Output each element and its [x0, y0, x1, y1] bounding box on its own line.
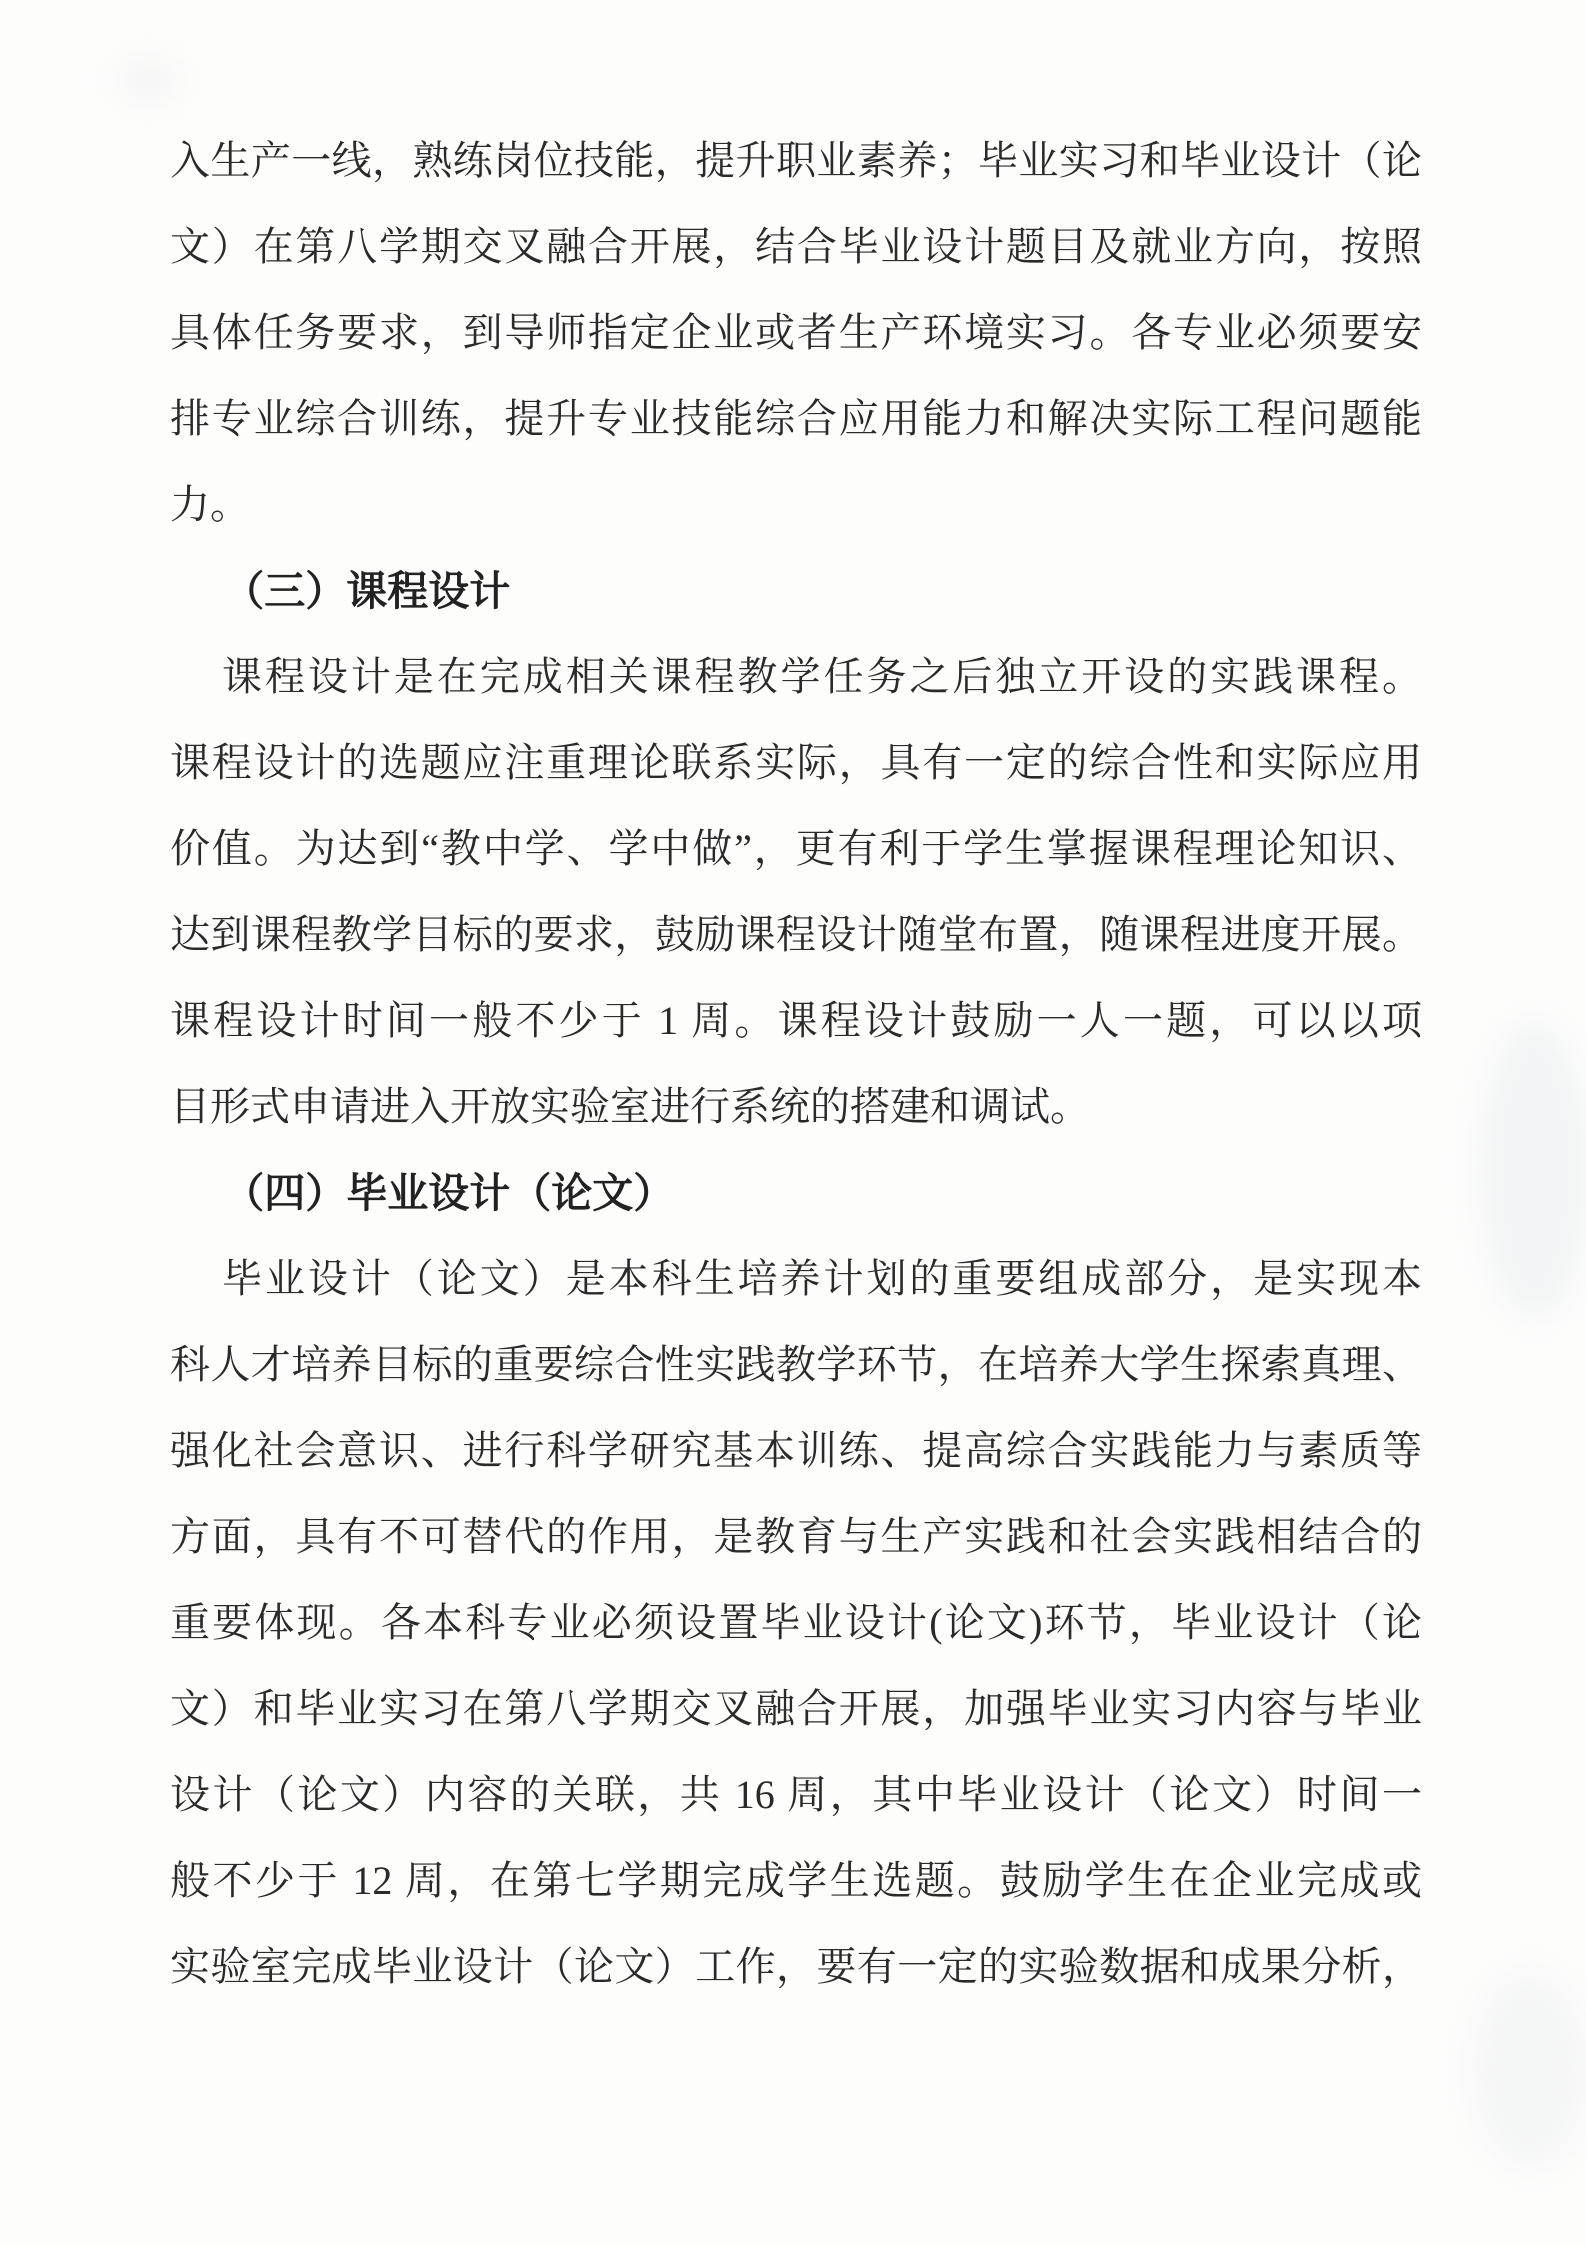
- text-block: 入生产一线，熟练岗位技能，提升职业素养；毕业实习和毕业设计（论文）在第八学期交叉…: [170, 118, 1422, 2010]
- scan-smudge: [120, 60, 180, 100]
- text-line: 方面，具有不可替代的作用，是教育与生产实践和社会实践相结合的: [170, 1494, 1422, 1580]
- text-line: 强化社会意识、进行科学研究基本训练、提高综合实践能力与素质等: [170, 1408, 1422, 1494]
- text-line: 入生产一线，熟练岗位技能，提升职业素养；毕业实习和毕业设计（论: [170, 118, 1422, 204]
- scan-smudge: [1480, 1020, 1586, 1320]
- section-heading: （三）课程设计: [170, 548, 1422, 634]
- text-line: 达到课程教学目标的要求，鼓励课程设计随堂布置，随课程进度开展。: [170, 892, 1422, 978]
- text-line: 课程设计的选题应注重理论联系实际，具有一定的综合性和实际应用: [170, 720, 1422, 806]
- text-line: 力。: [170, 462, 1422, 548]
- text-line: 具体任务要求，到导师指定企业或者生产环境实习。各专业必须要安: [170, 290, 1422, 376]
- text-line: 目形式申请进入开放实验室进行系统的搭建和调试。: [170, 1064, 1422, 1150]
- text-line: 文）在第八学期交叉融合开展，结合毕业设计题目及就业方向，按照: [170, 204, 1422, 290]
- text-line: 般不少于 12 周，在第七学期完成学生选题。鼓励学生在企业完成或: [170, 1838, 1422, 1924]
- text-line: 课程设计是在完成相关课程教学任务之后独立开设的实践课程。: [170, 634, 1422, 720]
- text-line: 设计（论文）内容的关联，共 16 周，其中毕业设计（论文）时间一: [170, 1752, 1422, 1838]
- text-line: 科人才培养目标的重要综合性实践教学环节，在培养大学生探索真理、: [170, 1322, 1422, 1408]
- text-line: 价值。为达到“教中学、学中做”，更有利于学生掌握课程理论知识、: [170, 806, 1422, 892]
- text-line: 课程设计时间一般不少于 1 周。课程设计鼓励一人一题，可以以项: [170, 978, 1422, 1064]
- text-line: 实验室完成毕业设计（论文）工作，要有一定的实验数据和成果分析，: [170, 1924, 1422, 2010]
- scan-smudge: [1470, 1970, 1586, 2170]
- document-page: 入生产一线，熟练岗位技能，提升职业素养；毕业实习和毕业设计（论文）在第八学期交叉…: [0, 0, 1586, 2245]
- text-line: 毕业设计（论文）是本科生培养计划的重要组成部分，是实现本: [170, 1236, 1422, 1322]
- text-line: 文）和毕业实习在第八学期交叉融合开展，加强毕业实习内容与毕业: [170, 1666, 1422, 1752]
- section-heading: （四）毕业设计（论文）: [170, 1150, 1422, 1236]
- text-line: 排专业综合训练，提升专业技能综合应用能力和解决实际工程问题能: [170, 376, 1422, 462]
- text-line: 重要体现。各本科专业必须设置毕业设计(论文)环节，毕业设计（论: [170, 1580, 1422, 1666]
